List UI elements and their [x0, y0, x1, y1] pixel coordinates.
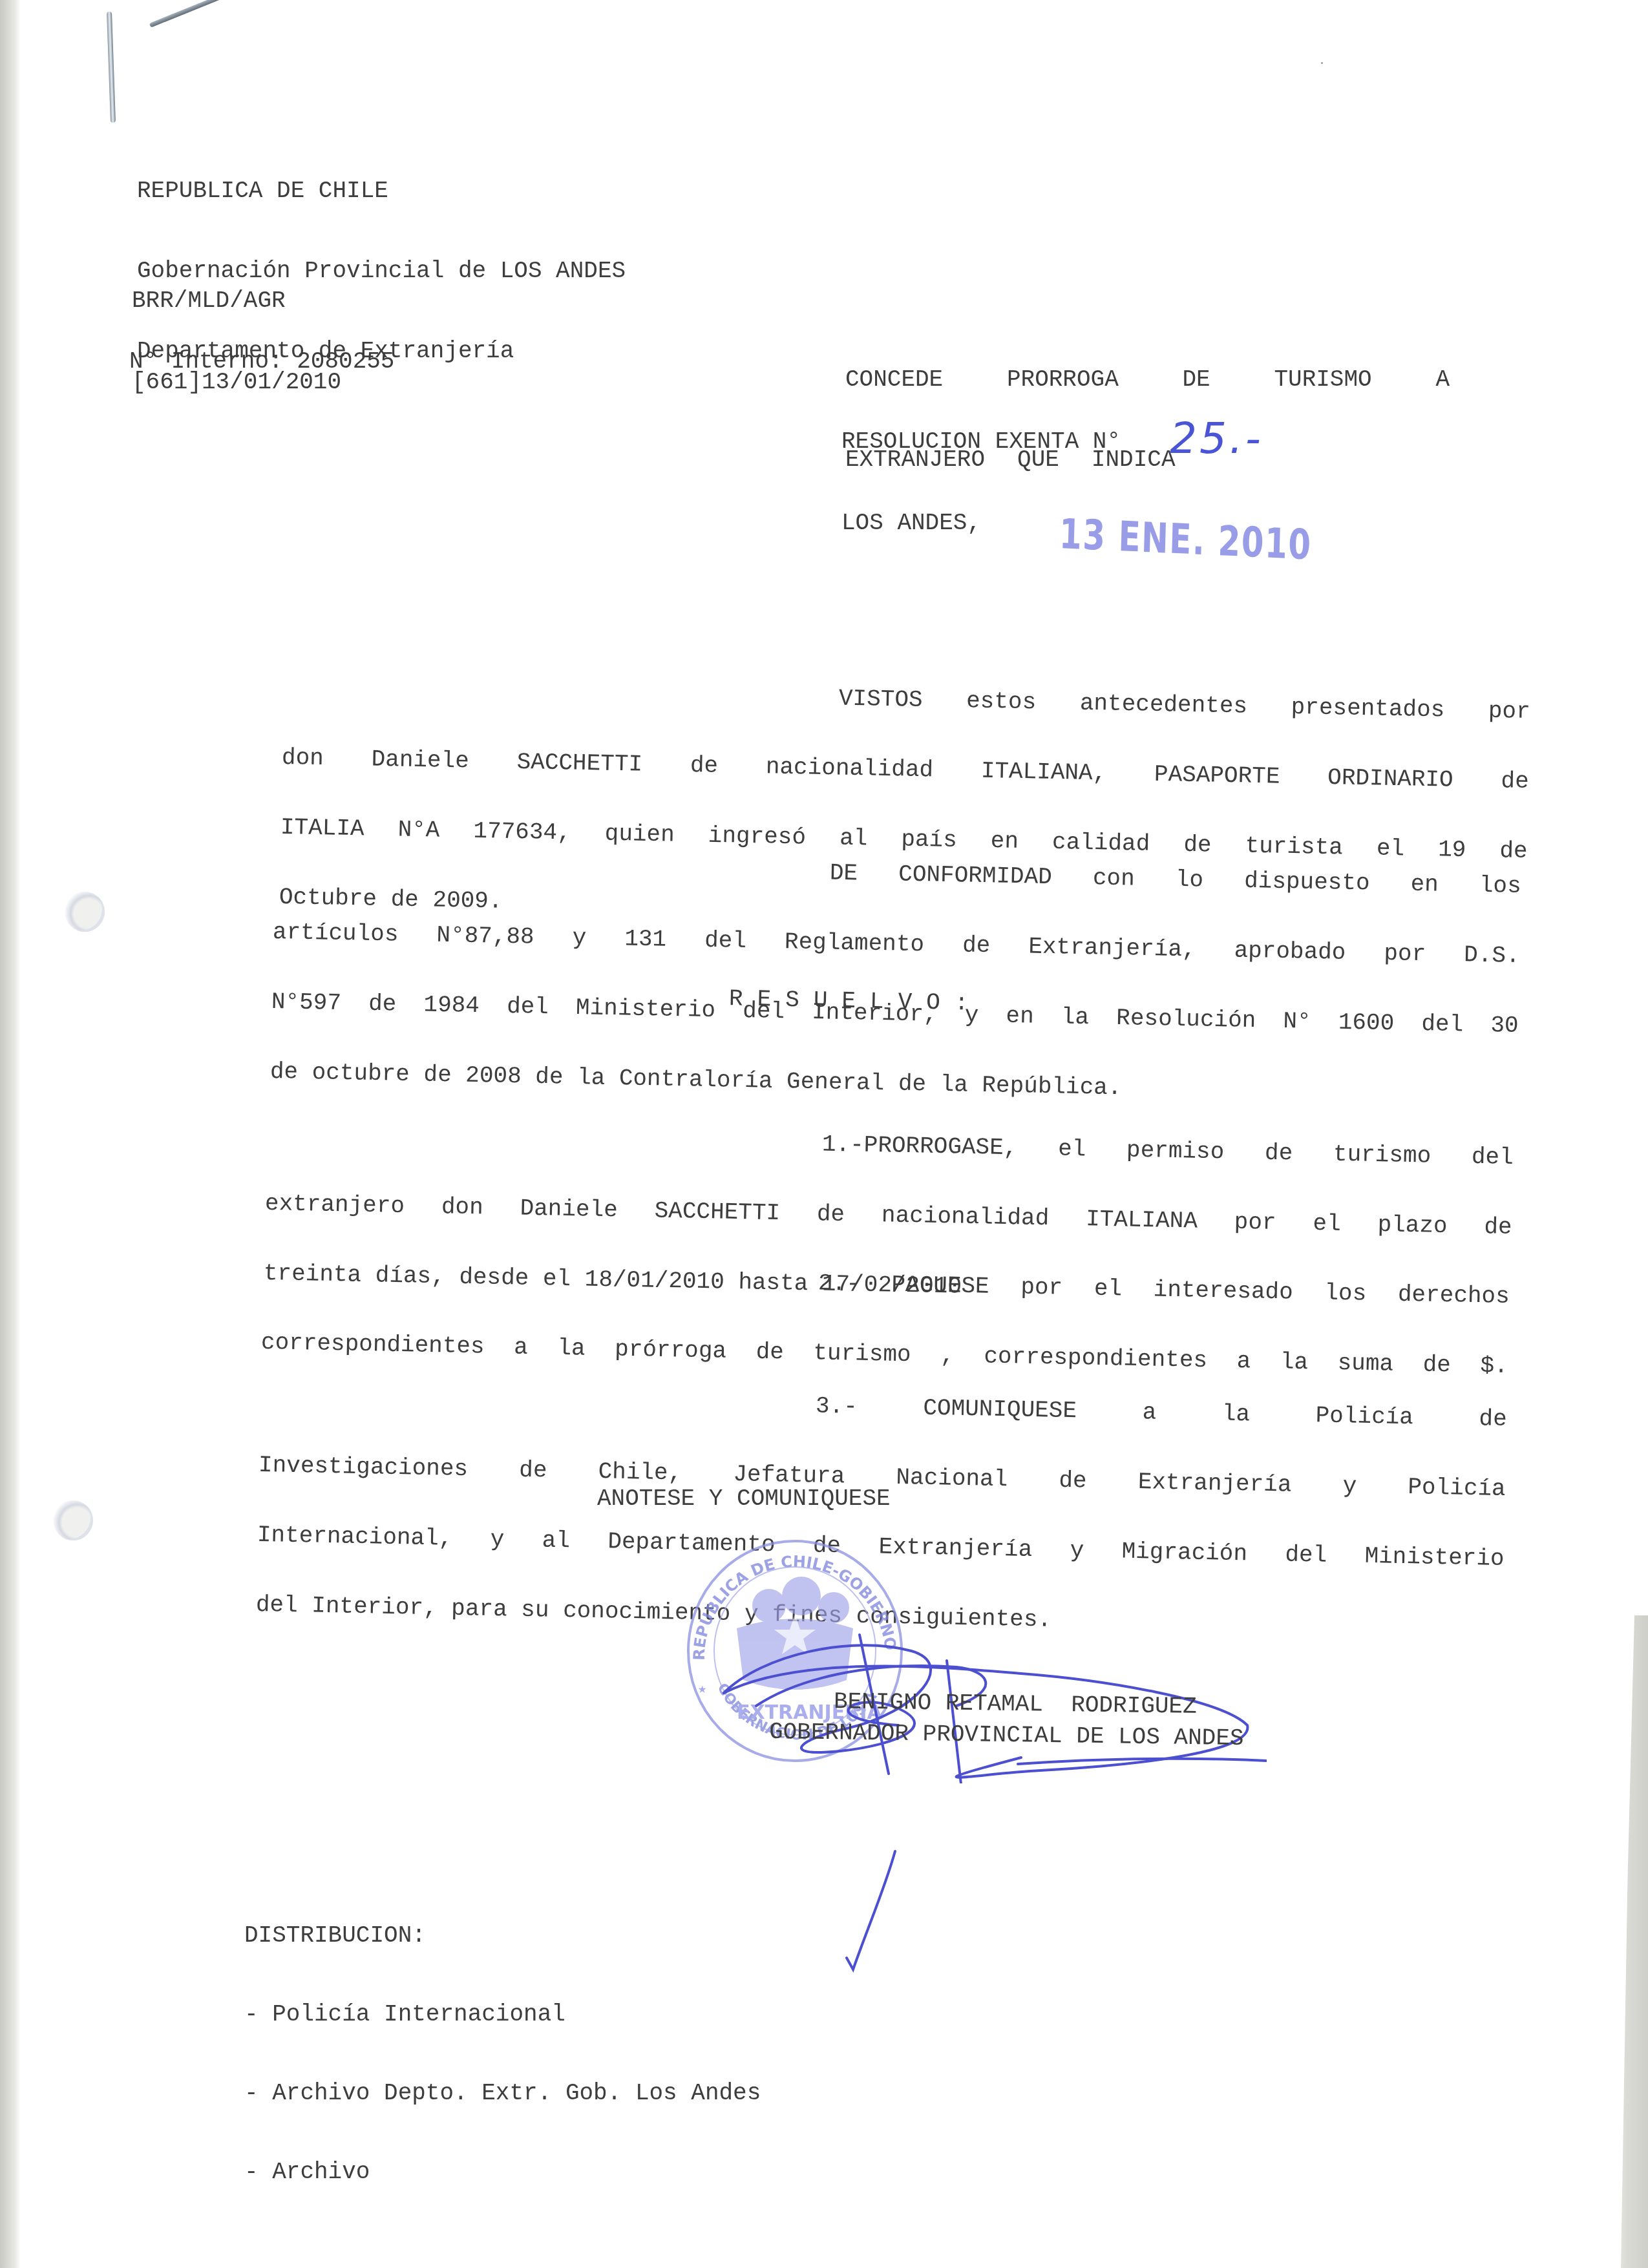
distribution-list: DISTRIBUCION: - Policía Internacional - … [244, 1871, 761, 2212]
distribution-item: - Policía Internacional [244, 2002, 761, 2029]
resuelvo-heading: RESUELVO: [729, 986, 983, 1017]
subject-word: PRORROGA [1007, 367, 1119, 395]
scanner-edge-right [1603, 1615, 1648, 2268]
distribution-item: - Archivo Depto. Extr. Gob. Los Andes [244, 2081, 761, 2108]
subject-word: A [1435, 367, 1450, 395]
item-first-line: 3.- COMUNIQUESE a la Policía de [260, 1383, 1507, 1425]
paragraph-first-line: DE CONFORMIDAD con lo dispuesto en los [274, 850, 1521, 892]
subject-word: TURISMO [1274, 367, 1371, 395]
paragraph-first-line: VISTOS estos antecedentes presentados po… [283, 675, 1530, 717]
handwritten-signature [685, 1577, 1267, 1783]
scanner-edge-left [0, 0, 21, 2268]
closing-formula: ANOTESE Y COMUNIQUESE [597, 1486, 891, 1512]
resolution-number-handwritten: 25.- [1170, 414, 1263, 463]
letterhead-line: REPUBLICA DE CHILE [137, 178, 626, 207]
paragraph-line: don Daniele SACCHETTI de nacionalidad IT… [282, 745, 1529, 787]
internal-number: N° Interno: 2080255 [129, 349, 394, 375]
resolution-label: RESOLUCION EXENTA N° [841, 429, 1121, 455]
date-stamp: 13 ENE. 2010 [1059, 510, 1313, 569]
subject-word: DE [1183, 367, 1210, 395]
reference-block: BRR/MLD/AGR [661]13/01/2010 [132, 236, 341, 425]
staple-icon [107, 12, 116, 123]
subject-word: CONCEDE [845, 367, 943, 395]
signer-name: BENIGNO RETAMAL RODRIGUEZ [834, 1689, 1197, 1720]
distribution-title: DISTRIBUCION: [244, 1923, 761, 1950]
internal-number-value: 2080255 [297, 348, 394, 375]
item-first-line: 2.- PAGUESE por el interesado los derech… [262, 1260, 1510, 1302]
item-first-line: 1.-PRORROGASE, el permiso de turismo del [266, 1121, 1514, 1163]
internal-number-label: N° Interno: [129, 348, 283, 375]
staple-icon [149, 0, 235, 28]
punch-hole-icon [65, 892, 105, 932]
reference-code: BRR/MLD/AGR [132, 288, 341, 318]
paragraph-line: artículos N°87,88 y 131 del Reglamento d… [273, 919, 1520, 961]
distribution-item: - Archivo [244, 2159, 761, 2187]
scan-speck [1321, 62, 1323, 64]
punch-hole-icon [53, 1500, 93, 1540]
checkmark-icon [840, 1848, 905, 1977]
place-label: LOS ANDES, [841, 510, 981, 536]
subject-heading: CONCEDEPRORROGADETURISMOA EXTRANJEROQUEI… [845, 315, 1450, 499]
